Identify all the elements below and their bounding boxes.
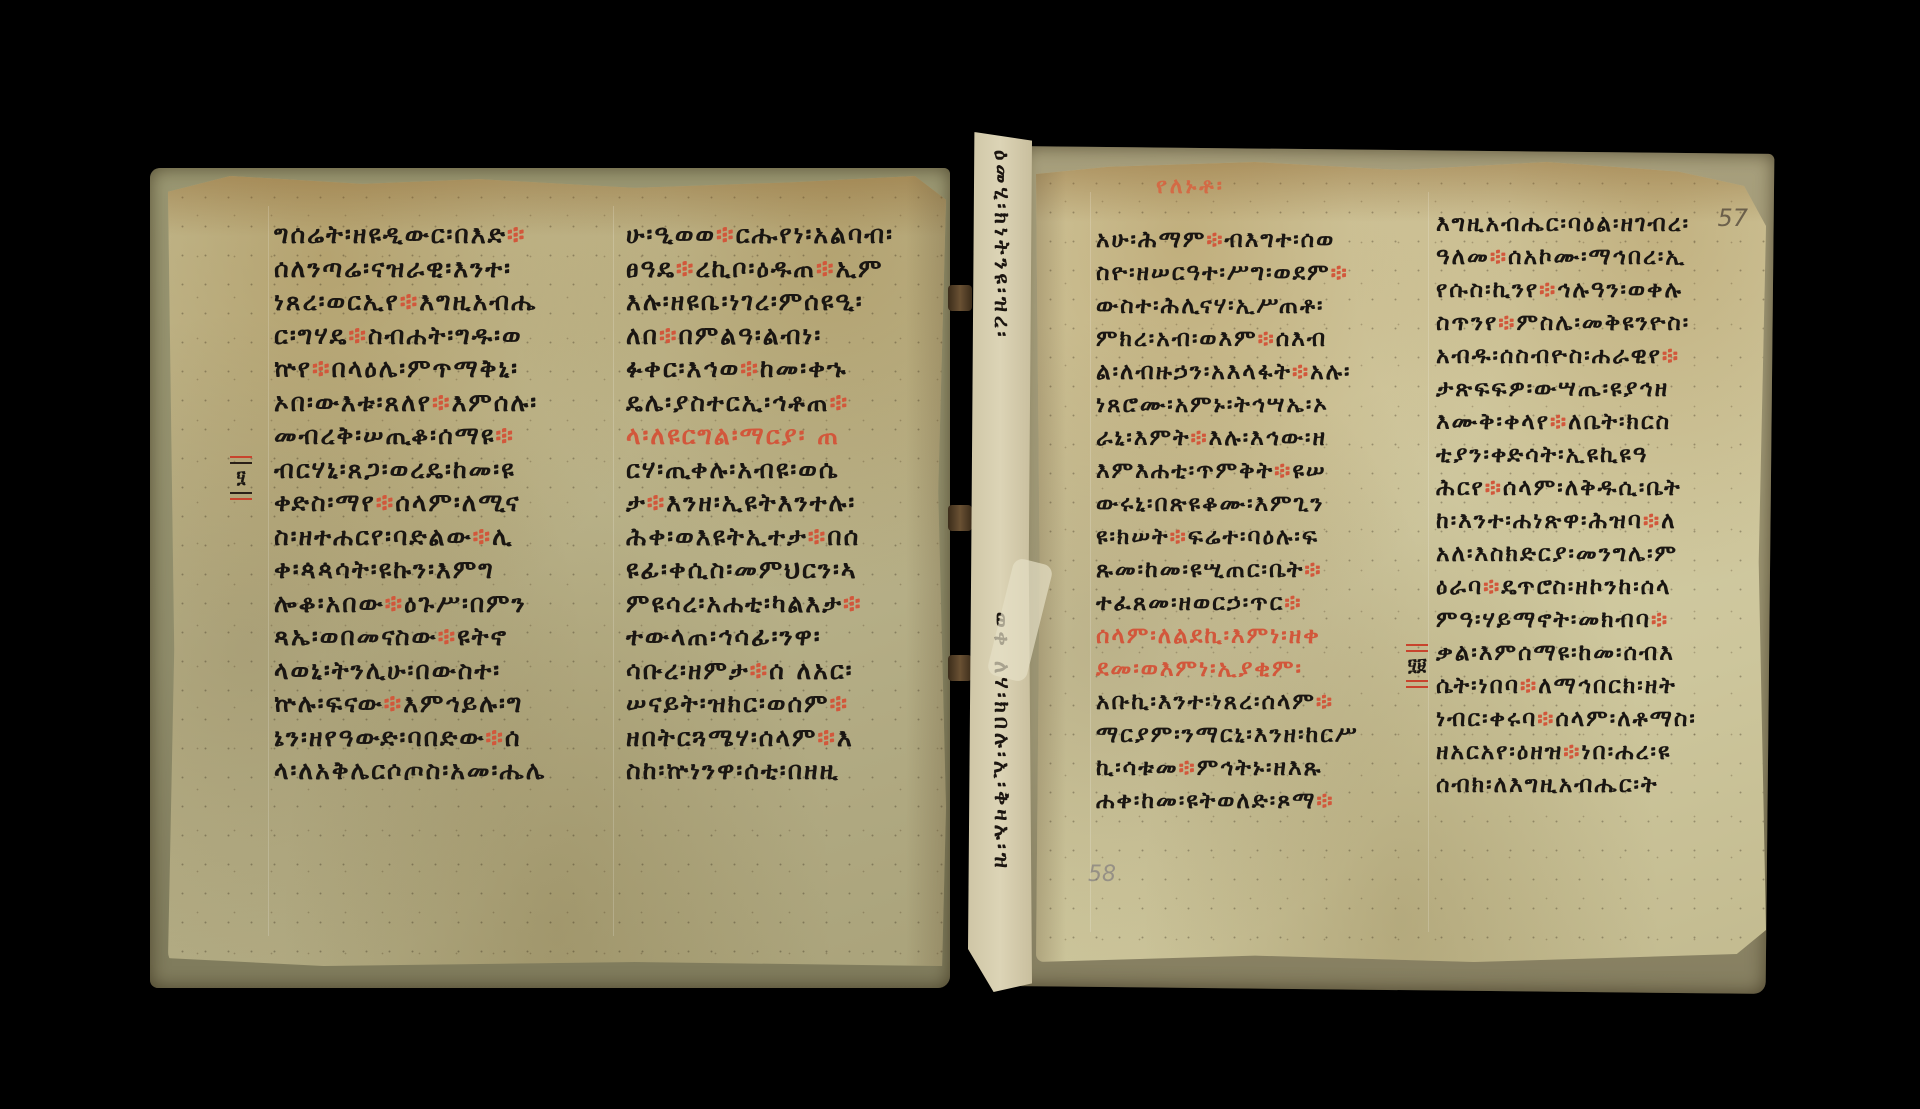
rubric-cross-mark: ፨: [1520, 673, 1538, 699]
rubric-cross-mark: ፨: [1284, 590, 1302, 616]
text-line: ላወኒ፡ትንሊሁ፡በውስተ፡: [274, 654, 546, 688]
text-line: ተፈጸመ፡ዘወርኃ፡ጥር፨: [1096, 587, 1359, 620]
text-line: ቀድስ፡ማየ፨ሰላም፡ለሚና: [274, 486, 546, 520]
rubric-cross-mark: ፨: [1485, 475, 1503, 501]
rubric-cross-mark: ፨: [1170, 524, 1188, 550]
rubric-cross-mark: ፨: [1304, 557, 1322, 583]
marker-dash: [230, 498, 252, 500]
section-marker-left: ፶: [230, 454, 252, 502]
rubric-cross-mark: ፨: [1483, 574, 1501, 600]
rubric-cross-mark: ፨: [716, 220, 736, 249]
text-line: ጹመ፡ከመ፡ዩሢጠር፡ቤት፨: [1096, 554, 1359, 587]
rubric-cross-mark: ፨: [1550, 409, 1568, 435]
text-line: ስከ፡ኵነንዋ፡ሰቲ፡በዘዚ: [626, 754, 894, 788]
text-line: ስዮ፡ዘሠርዓተ፡ሥግ፡ወደም፨: [1096, 257, 1359, 290]
text-line: ነጸሮሙ፡አምኑ፡ትኅሣኤ፡ኦ: [1096, 389, 1359, 422]
rubric-cross-mark: ፨: [1643, 508, 1661, 534]
rubric-cross-mark: ፨: [432, 388, 452, 417]
text-line: ምክረ፡አብ፡ወእም፨ሰእብ: [1096, 323, 1359, 356]
ruling-line: [1428, 192, 1429, 932]
pencil-mark: 58: [1088, 862, 1116, 887]
text-line: ስ፡ዘተሐርየ፡ባድልው፨ሊ: [274, 520, 546, 554]
text-line: ርሃ፡ጢቀሉ፡አብዩ፡ወሴ: [626, 453, 894, 487]
text-line: ቀ፡ጳጳሳት፡ዩኩን፡እምግ: [274, 553, 546, 587]
text-line: ላ፡ለአቅሌርሶጦስ፡አመ፡ሔሌ: [274, 754, 546, 788]
ruling-line: [1090, 192, 1091, 932]
text-line: ዕራባ፨ዴጥሮስ፡ዘኮንከ፡ሰላ: [1436, 571, 1697, 604]
text-line: ውሩኒ፡በጽዩቆሙ፡እምጊን: [1096, 488, 1359, 521]
text-line: ታ፨እንዘ፡ኢዩትእንተሉ፡: [626, 486, 894, 520]
rubric-cross-mark: ፨: [1206, 227, 1224, 253]
text-line: ሰብክ፡ለእግዚአብሔር፡ት: [1436, 769, 1697, 802]
text-line: ግሰሬት፡ዘዩዲውር፡በእድ፨: [274, 218, 546, 252]
rubric-cross-mark: ፨: [676, 254, 696, 283]
text-line: መብረቅ፡ሠጢቆ፡ሰማዩ፨: [274, 419, 546, 453]
text-line: ኪ፡ሳቱመ፨ምኅትኑ፡ዘእጹ: [1096, 752, 1359, 785]
text-line: አቡኪ፡እንተ፡ነጸረ፡ሰላም፨: [1096, 686, 1359, 719]
binding-text-upper: ዕመሂ፡ክነትንዩ፡ዝረ፡: [989, 150, 1014, 341]
text-line: ል፡ለብዙኃን፡አእላፋት፨አሉ፡: [1096, 356, 1359, 389]
left-column-2: ሁ፡ዒወወ፨ርሑየነ፡አልባብ፡ ፀዓዴ፨ረኪቦ፡ዕዱጠ፨ኢም እሉ፡ዘዩቤ፡ነ…: [626, 218, 894, 788]
text-line: ዩፊ፡ቀሲስ፡መምህርን፡ኣ: [626, 553, 894, 587]
binding-cord: [948, 655, 972, 681]
rubric-line: ሰላም፡ለልደኪ፡እምነ፡ዘቀ: [1096, 620, 1359, 653]
text-line: ቃል፡እምሰማዩ፡ከመ፡ሰብእ: [1436, 637, 1697, 670]
rubric-cross-mark: ፨: [1179, 755, 1197, 781]
rubric-cross-mark: ፨: [1190, 425, 1208, 451]
folio-number: 57: [1717, 204, 1748, 232]
text-line: ኔን፡ዘየዓውድ፡ባበድው፨ሰ: [274, 721, 546, 755]
text-line: ሳቡረ፡ዘምታ፨ሰ ለአር፡: [626, 654, 894, 688]
text-line: ሰለንጣሬ፡ናዝራዊ፡እንተ፡: [274, 252, 546, 286]
rubric-cross-mark: ፨: [384, 689, 404, 718]
text-line: ኦበ፡ውእቱ፡ጸለየ፨እምሰሉ፡: [274, 386, 546, 420]
text-line: ር፡ግሃዴ፨ስብሐት፡ግዱ፡ወ: [274, 319, 546, 353]
manuscript-photo: ፶ ግሰሬት፡ዘዩዲውር፡በእድ፨ ሰለንጣሬ፡ናዝራዊ፡እንተ፡ ነጸረ፡ወር…: [0, 0, 1920, 1109]
right-column-2: እግዚአብሔር፡ባዕል፡ዘገብረ፡ ዓለመ፨ሰአኮሙ፡ማኅበረ፡ኢ የሱስ፡ኪን…: [1436, 208, 1697, 802]
rubric-cross-mark: ፨: [750, 656, 770, 685]
text-line: ፉቀር፡እኅወ፨ከመ፡ቀኁ: [626, 352, 894, 386]
rubric-cross-mark: ፨: [485, 723, 505, 752]
text-line: ነጸረ፡ወርኢየ፨እግዚአብሔ: [274, 285, 546, 319]
text-line: ጻኤ፡ወበመናስው፨ዩትኖ: [274, 620, 546, 654]
left-page: ፶ ግሰሬት፡ዘዩዲውር፡በእድ፨ ሰለንጣሬ፡ናዝራዊ፡እንተ፡ ነጸረ፡ወር…: [168, 176, 946, 966]
rubric-cross-mark: ፨: [1539, 277, 1557, 303]
text-line: የሱስ፡ኪንየ፨ኅሉዓን፡ወቀሉ: [1436, 274, 1697, 307]
text-line: ብርሃኒ፡ጸጋ፡ወረዴ፡ከመ፡ዩ: [274, 453, 546, 487]
marker-glyph: ፶: [236, 468, 245, 488]
rubric-cross-mark: ፨: [495, 421, 515, 450]
rubric-cross-mark: ፨: [659, 321, 679, 350]
gutter-shadow: [906, 176, 946, 966]
rubric-cross-mark: ፨: [817, 723, 837, 752]
text-line: ሐቀ፡ከመ፡ዩትወለድ፡ጾማ፨: [1096, 785, 1359, 818]
text-line: ሴት፡ነበባ፨ለማኅበርክ፡ዘት: [1436, 670, 1697, 703]
marker-dash: [1406, 686, 1428, 688]
text-line: ከ፡እንተ፡ሐነጽዋ፡ሕዝባ፨ለ: [1436, 505, 1697, 538]
text-line: ነብር፡ቀሩባ፨ሰላም፡ለቶማስ፡: [1436, 703, 1697, 736]
marker-dash: [1406, 644, 1428, 646]
text-line: ቲያን፡ቀድሳት፡ኢዩኪዩዓ: [1436, 439, 1697, 472]
rubric-cross-mark: ፨: [1498, 310, 1516, 336]
rubric-cross-mark: ፨: [1563, 739, 1581, 765]
text-line: ፀዓዴ፨ረኪቦ፡ዕዱጠ፨ኢም: [626, 252, 894, 286]
text-line: አብዱ፡ሰስብዮስ፡ሐራዊየ፨: [1436, 340, 1697, 373]
rubric-cross-mark: ፨: [1316, 689, 1334, 715]
rubric-cross-mark: ፨: [1651, 607, 1669, 633]
text-line: እግዚአብሔር፡ባዕል፡ዘገብረ፡: [1436, 208, 1697, 241]
text-line: ሠናይት፡ዝክር፡ወሰም፨: [626, 687, 894, 721]
marker-dash: [230, 462, 252, 464]
rubric-cross-mark: ፨: [312, 354, 332, 383]
text-line: አሁ፡ሕማም፨ብእግተ፡ሰወ: [1096, 224, 1359, 257]
marker-dash: [1406, 680, 1428, 682]
rubric-cross-mark: ፨: [1258, 326, 1276, 352]
right-page: የለኑቶ፡ 57 58 ፶፱ አሁ፡ሕማም፨ብእግተ፡ሰወ ስዮ፡ዘሠርዓተ፡ሥ…: [1036, 162, 1766, 962]
text-line: ታጽፍፍዎ፡ውሣጤ፡ዩያኅዘ: [1436, 373, 1697, 406]
text-line: እሙቅ፡ቀላየ፨ለቤት፡ክርስ: [1436, 406, 1697, 439]
left-column-1: ግሰሬት፡ዘዩዲውር፡በእድ፨ ሰለንጣሬ፡ናዝራዊ፡እንተ፡ ነጸረ፡ወርኢየ…: [274, 218, 546, 788]
marker-dash: [230, 492, 252, 494]
gutter-shadow: [1036, 162, 1066, 962]
rubric-cross-mark: ፨: [740, 354, 760, 383]
rubric-cross-mark: ፨: [1490, 244, 1508, 270]
text-line: ኵየ፨በላዕሌ፡ምጥማቅኒ፡: [274, 352, 546, 386]
text-line: ሕርየ፨ሰላም፡ለቅዱሲ፡ቤት: [1436, 472, 1697, 505]
text-line: ሕቀ፡ወእዩትኢተታ፨በሰ: [626, 520, 894, 554]
rubric-cross-mark: ፨: [843, 589, 863, 618]
section-marker-right: ፶፱: [1406, 642, 1428, 690]
text-line: ዓለመ፨ሰአኮሙ፡ማኅበረ፡ኢ: [1436, 241, 1697, 274]
rubric-cross-mark: ፨: [1316, 788, 1334, 814]
text-line: እሉ፡ዘዩቤ፡ነገረ፡ምሰዩዒ፡: [626, 285, 894, 319]
marker-dash: [1406, 650, 1428, 652]
binding-cord: [948, 505, 972, 531]
rubric-cross-mark: ፨: [348, 321, 368, 350]
rubric-line: ላ፡ለዩርግል፡ማርያ፡ ጠ: [626, 419, 894, 453]
rubric-cross-mark: ፨: [385, 589, 405, 618]
text-line: ለበ፨በምልዓ፡ልብነ፡: [626, 319, 894, 353]
rubric-cross-mark: ፨: [1662, 343, 1680, 369]
ruling-line: [268, 206, 269, 936]
marker-glyph: ፶፱: [1408, 656, 1427, 676]
text-line: እምእሐቲ፡ጥምቅት፨ዩሠ: [1096, 455, 1359, 488]
rubric-cross-mark: ፨: [438, 622, 458, 651]
rubric-heading: የለኑቶ፡: [1156, 174, 1225, 199]
ruling-line: [613, 206, 614, 936]
rubric-cross-mark: ፨: [808, 522, 828, 551]
rubric-cross-mark: ፨: [1331, 260, 1349, 286]
text-line: ዘአርአየ፡ዕዘዝ፨ነበ፡ሐረ፡ዩ: [1436, 736, 1697, 769]
text-line: አለ፡እስክድርያ፡መንግሌ፡ም: [1436, 538, 1697, 571]
text-line: ሁ፡ዒወወ፨ርሑየነ፡አልባብ፡: [626, 218, 894, 252]
text-line: ዴሌ፡ያስተርኢ፡ኅቶጠ፨: [626, 386, 894, 420]
text-line: ኵሉ፡ፍናው፨እምኅይሉ፡ግ: [274, 687, 546, 721]
rubric-cross-mark: ፨: [1292, 359, 1310, 385]
rubric-cross-mark: ፨: [473, 522, 493, 551]
rubric-cross-mark: ፨: [376, 488, 396, 517]
text-line: ተውላጠ፡ኅሳፊ፡ንዋ፡: [626, 620, 894, 654]
text-line: ዘበትርጓሜሃ፡ሰላም፨እ: [626, 721, 894, 755]
rubric-cross-mark: ፨: [1274, 458, 1292, 484]
text-line: ውስተ፡ሕሊናሃ፡ኢሥጠቶ፡: [1096, 290, 1359, 323]
text-line: ዩ፡ክሠት፨ፍሬተ፡ባዕሉ፡ፍ: [1096, 521, 1359, 554]
marker-dash: [230, 456, 252, 458]
binding-cord: [948, 285, 972, 311]
rubric-cross-mark: ፨: [400, 287, 420, 316]
text-line: ማርያም፡ንማርኒ፡እንዘ፡ከርሥ: [1096, 719, 1359, 752]
text-line: ምዩሳረ፡አሐቲ፡ካልእታ፨: [626, 587, 894, 621]
rubric-cross-mark: ፨: [830, 689, 850, 718]
text-line: ስጥንየ፨ምስሌ፡መቅዩንዮስ፡: [1436, 307, 1697, 340]
rubric-cross-mark: ፨: [647, 488, 667, 517]
text-line: ምዓ፡ሃይማኖት፡መክብባ፨: [1436, 604, 1697, 637]
rubric-cross-mark: ፨: [830, 388, 850, 417]
rubric-cross-mark: ፨: [816, 254, 836, 283]
text-line: ሎቆ፡አበው፨ዕጉሥ፡በምን: [274, 587, 546, 621]
rubric-cross-mark: ፨: [1537, 706, 1555, 732]
rubric-line: ደመ፡ወእምነ፡ኢያቂም፡: [1096, 653, 1359, 686]
rubric-cross-mark: ፨: [507, 220, 527, 249]
text-line: ራኒ፡እምት፨እሉ፡እኅው፡ዘ: [1096, 422, 1359, 455]
right-column-1: አሁ፡ሕማም፨ብእግተ፡ሰወ ስዮ፡ዘሠርዓተ፡ሥግ፡ወደም፨ ውስተ፡ሕሊናሃ…: [1096, 224, 1359, 818]
